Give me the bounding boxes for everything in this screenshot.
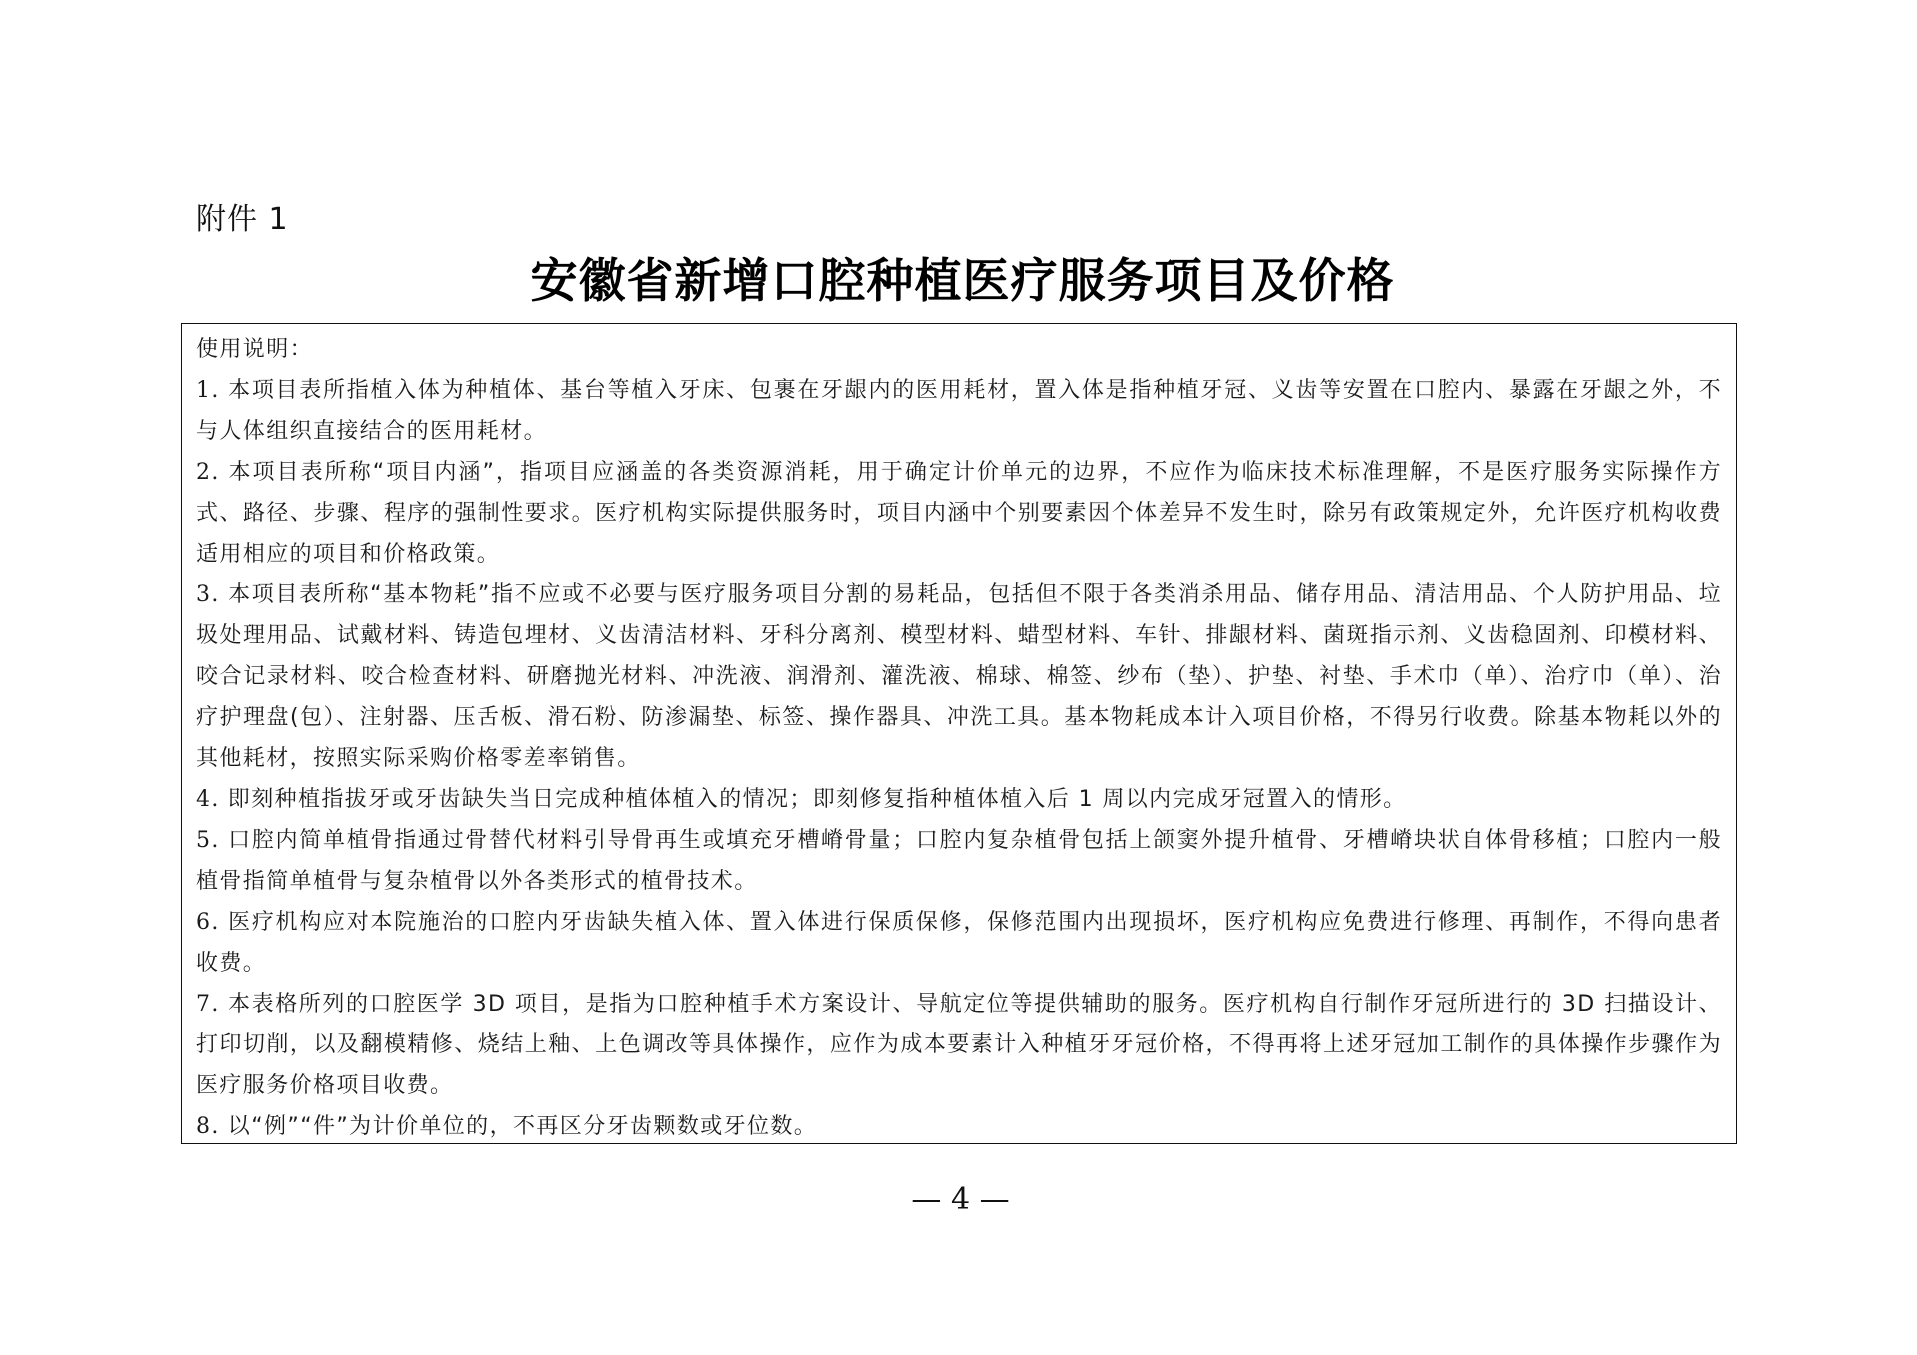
note-item-7: 7.本表格所列的口腔医学 3D 项目，是指为口腔种植手术方案设计、导航定位等提供…: [196, 985, 1722, 1108]
note-text: 即刻种植指拔牙或牙齿缺失当日完成种植体植入的情况；即刻修复指种植体植入后 1 周…: [228, 787, 1407, 812]
note-item-6: 6.医疗机构应对本院施治的口腔内牙齿缺失植入体、置入体进行保质保修，保修范围内出…: [196, 903, 1722, 985]
usage-notes-box: 使用说明： 1.本项目表所指植入体为种植体、基台等植入牙床、包裹在牙龈内的医用耗…: [181, 323, 1737, 1144]
note-item-2: 2.本项目表所称“项目内涵”，指项目应涵盖的各类资源消耗，用于确定计价单元的边界…: [196, 453, 1722, 576]
note-number: 6.: [196, 910, 220, 935]
note-number: 5.: [196, 828, 220, 853]
note-text: 口腔内简单植骨指通过骨替代材料引导骨再生或填充牙槽嵴骨量；口腔内复杂植骨包括上颌…: [196, 828, 1722, 894]
note-number: 3.: [196, 582, 220, 607]
page-number: — 4 —: [0, 1180, 1917, 1220]
note-item-5: 5.口腔内简单植骨指通过骨替代材料引导骨再生或填充牙槽嵴骨量；口腔内复杂植骨包括…: [196, 821, 1722, 903]
usage-notes-heading: 使用说明：: [196, 330, 1722, 371]
document-title: 安徽省新增口腔种植医疗服务项目及价格: [182, 252, 1737, 312]
note-text: 医疗机构应对本院施治的口腔内牙齿缺失植入体、置入体进行保质保修，保修范围内出现损…: [196, 910, 1722, 976]
note-text: 本项目表所称“基本物耗”指不应或不必要与医疗服务项目分割的易耗品，包括但不限于各…: [196, 582, 1722, 771]
note-text: 本表格所列的口腔医学 3D 项目，是指为口腔种植手术方案设计、导航定位等提供辅助…: [196, 992, 1722, 1099]
note-text: 以“例”“件”为计价单位的，不再区分牙齿颗数或牙位数。: [228, 1114, 817, 1139]
note-number: 2.: [196, 460, 220, 485]
note-number: 8.: [196, 1114, 220, 1139]
note-item-1: 1.本项目表所指植入体为种植体、基台等植入牙床、包裹在牙龈内的医用耗材，置入体是…: [196, 371, 1722, 453]
note-item-8: 8.以“例”“件”为计价单位的，不再区分牙齿颗数或牙位数。: [196, 1107, 1722, 1148]
note-number: 7.: [196, 992, 220, 1017]
note-item-4: 4.即刻种植指拔牙或牙齿缺失当日完成种植体植入的情况；即刻修复指种植体植入后 1…: [196, 780, 1722, 821]
attachment-label: 附件 1: [196, 200, 289, 240]
note-item-3: 3.本项目表所称“基本物耗”指不应或不必要与医疗服务项目分割的易耗品，包括但不限…: [196, 575, 1722, 780]
note-number: 1.: [196, 378, 220, 403]
note-text: 本项目表所称“项目内涵”，指项目应涵盖的各类资源消耗，用于确定计价单元的边界，不…: [196, 460, 1722, 567]
note-number: 4.: [196, 787, 220, 812]
note-text: 本项目表所指植入体为种植体、基台等植入牙床、包裹在牙龈内的医用耗材，置入体是指种…: [196, 378, 1722, 444]
